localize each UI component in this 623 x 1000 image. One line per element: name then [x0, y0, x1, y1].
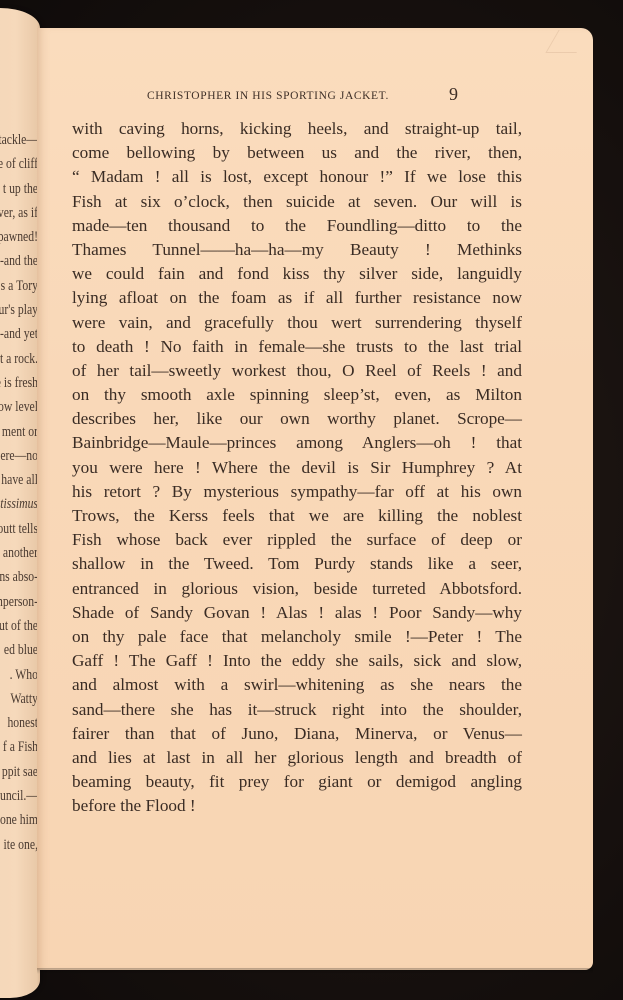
left-line: nperson- — [0, 590, 38, 614]
left-line: -and yet — [0, 322, 38, 346]
body-text: with caving horns, kicking heels, and st… — [72, 117, 522, 818]
left-line: e is fresh — [0, 371, 38, 395]
left-line: ere—no — [0, 444, 38, 468]
left-line: -and the — [0, 249, 38, 273]
left-line: uncil.— — [0, 784, 38, 808]
text-line: fairer than that of Juno, Diana, Minerva… — [72, 722, 522, 746]
text-line: with caving horns, kicking heels, and st… — [72, 117, 522, 141]
text-line: of her tail—sweetly workest thou, O Reel… — [72, 359, 522, 383]
text-line: on thy pale face that melancholy smile !… — [72, 625, 522, 649]
text-line: shallow in the Tweed. Tom Purdy stands l… — [72, 552, 522, 576]
text-line: sand—there she has it—struck right into … — [72, 698, 522, 722]
book-photo-scene: tackle— ge of cliff t up the ver, as if … — [0, 0, 623, 1000]
left-line: one him — [0, 808, 38, 832]
left-line: Watty — [0, 687, 38, 711]
page-number: 9 — [449, 84, 458, 105]
left-line: have all — [0, 468, 38, 492]
left-line: ow level — [0, 395, 38, 419]
text-line: we could fain and fond kiss thy silver s… — [72, 262, 522, 286]
left-line: ut of the — [0, 614, 38, 638]
text-line: and lies at last in all her glorious len… — [72, 746, 522, 770]
text-line: Thames Tunnel——ha—ha—my Beauty ! Methink… — [72, 238, 522, 262]
text-line: “ Madam ! all is lost, except honour !” … — [72, 165, 522, 189]
left-line: ite one, — [0, 833, 38, 857]
left-page-text: tackle— ge of cliff t up the ver, as if … — [0, 128, 38, 857]
text-line: on thy smooth axle spinning sleep’st, ev… — [72, 383, 522, 407]
left-line: ver, as if — [0, 201, 38, 225]
left-line: honest — [0, 711, 38, 735]
left-line: outt tells — [0, 517, 38, 541]
text-line: Gaff ! The Gaff ! Into the eddy she sail… — [72, 649, 522, 673]
text-line: and almost with a swirl—whitening as she… — [72, 673, 522, 697]
left-line: ment or — [0, 420, 38, 444]
left-line: another — [0, 541, 38, 565]
left-line: tackle— — [0, 128, 38, 152]
left-line: t up the — [0, 177, 38, 201]
left-line: s a Tory — [0, 274, 38, 298]
page-corner-crease — [545, 30, 589, 53]
text-line: Bainbridge—Maule—princes among Anglers—o… — [72, 431, 522, 455]
text-line: come bellowing by between us and the riv… — [72, 141, 522, 165]
text-line: Fish at six o’clock, then suicide at sev… — [72, 190, 522, 214]
text-line: Shade of Sandy Govan ! Alas ! alas ! Poo… — [72, 601, 522, 625]
text-line: entranced in glorious vision, beside tur… — [72, 577, 522, 601]
left-line: t a rock. — [0, 347, 38, 371]
text-line: lying afloat on the foam as if all furth… — [72, 286, 522, 310]
text-line: beaming beauty, fit prey for giant or de… — [72, 770, 522, 794]
left-line: utissimus — [0, 492, 38, 516]
text-line: Trows, the Kerss feels that we are killi… — [72, 504, 522, 528]
text-line-final: before the Flood ! — [72, 794, 522, 818]
left-line: . Who — [0, 663, 38, 687]
left-line: ge of cliff — [0, 152, 38, 176]
page-bottom-shadow — [37, 968, 593, 974]
left-line: ppit sae — [0, 760, 38, 784]
left-line: ur's play — [0, 298, 38, 322]
text-line: made—ten thousand to the Foundling—ditto… — [72, 214, 522, 238]
text-line: to death ! No faith in female—she trusts… — [72, 335, 522, 359]
left-line: pawned! — [0, 225, 38, 249]
left-line: ed blue — [0, 638, 38, 662]
left-line: f a Fish — [0, 735, 38, 759]
left-page: tackle— ge of cliff t up the ver, as if … — [0, 8, 40, 998]
text-line: his retort ? By mysterious sympathy—far … — [72, 480, 522, 504]
text-line: you were here ! Where the devil is Sir H… — [72, 456, 522, 480]
text-line: were vain, and gracefully thou wert surr… — [72, 311, 522, 335]
left-line: ns abso- — [0, 565, 38, 589]
text-line: Fish whose back ever rippled the surface… — [72, 528, 522, 552]
running-head: CHRISTOPHER IN HIS SPORTING JACKET. — [147, 90, 457, 102]
text-line: describes her, like our own worthy plane… — [72, 407, 522, 431]
